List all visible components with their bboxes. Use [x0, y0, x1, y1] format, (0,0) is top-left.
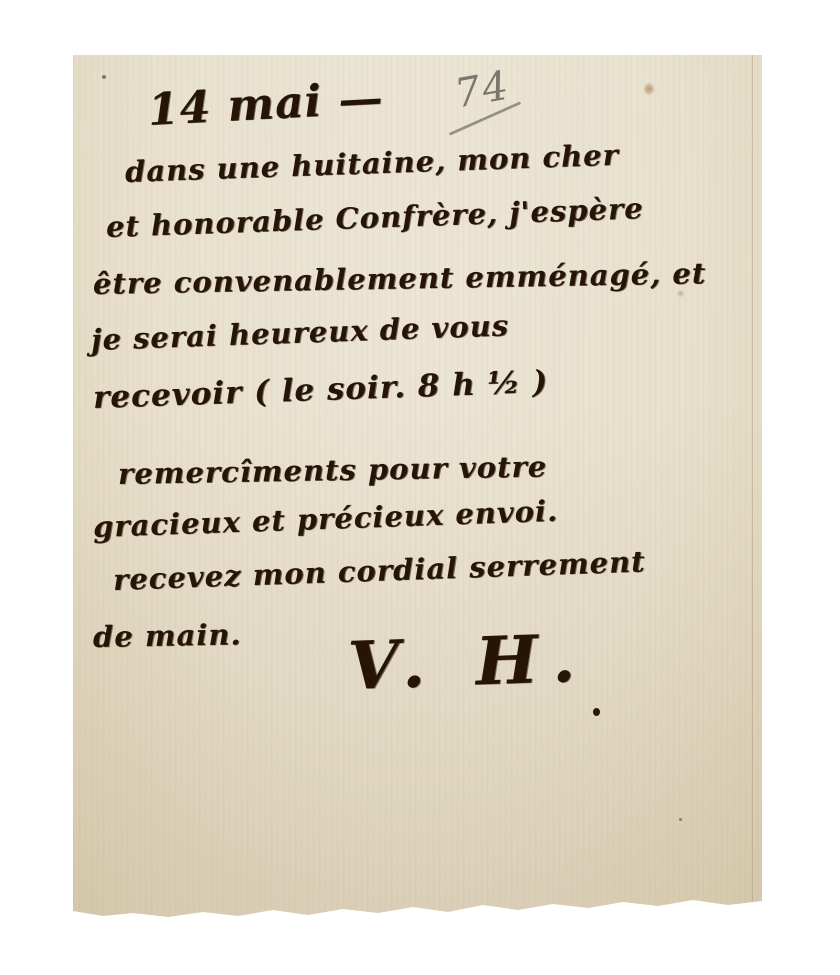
letter-line: et honorable Confrère, j'espère [105, 191, 644, 244]
foxing-spot [677, 290, 684, 297]
letter-line: recevoir ( le soir. 8 h ½ ) [92, 364, 548, 416]
signature-initials: V. H. [347, 619, 591, 705]
letter-paper: 14 mai — 74 dans une huitaine, mon cher … [73, 55, 762, 917]
letter-line: je serai heureux de vous [90, 308, 509, 357]
paper-speck [102, 75, 106, 79]
letter-date: 14 mai — [147, 73, 385, 136]
ink-splatter-dot [593, 708, 600, 716]
letter-line: remercîments pour votre [118, 450, 548, 491]
paper-crease-line [752, 55, 753, 903]
letter-photograph: 14 mai — 74 dans une huitaine, mon cher … [0, 0, 840, 975]
letter-line: être convenablement emménagé, et [93, 256, 707, 301]
letter-line: gracieux et précieux envoi. [92, 494, 558, 544]
paper-speck [679, 818, 682, 821]
letter-line: recevez mon cordial serrement [112, 544, 646, 597]
letter-line: dans une huitaine, mon cher [124, 138, 619, 189]
foxing-spot [644, 83, 654, 95]
letter-line: de main. [93, 617, 242, 654]
